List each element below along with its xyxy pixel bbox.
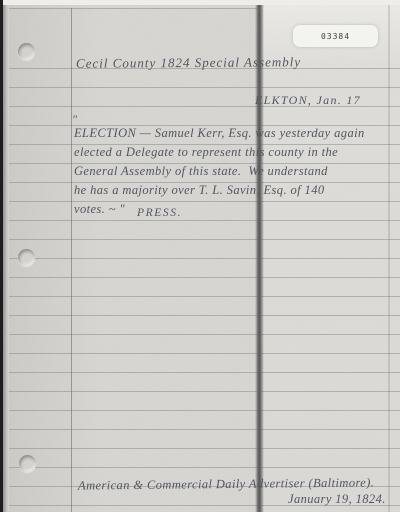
opening-quote-mark: "	[72, 112, 77, 127]
punch-hole-middle	[18, 249, 35, 266]
body-line: General Assembly of this state. We under…	[74, 164, 374, 179]
scanned-notebook-page: 03384 Cecil County 1824 Special Assembly…	[0, 0, 400, 512]
scan-left-edge-gradient	[3, 0, 9, 512]
archive-number: 03384	[321, 32, 350, 41]
body-line: votes. ~ "	[74, 202, 374, 217]
vertical-margin-line	[71, 8, 72, 512]
body-line: he has a majority over T. L. Savin, Esq.…	[74, 183, 374, 198]
underlying-page-edge	[388, 0, 390, 512]
newspaper-citation: American & Commercial Daily Advertiser (…	[78, 475, 374, 493]
source-attribution: PRESS.	[137, 207, 182, 219]
scan-top-edge	[3, 0, 400, 5]
body-line: ELECTION — Samuel Kerr, Esq. was yesterd…	[74, 126, 374, 141]
right-paper-highlight	[263, 0, 400, 512]
page-title: Cecil County 1824 Special Assembly	[76, 54, 301, 72]
top-margin-rule	[8, 8, 257, 9]
page-fold-shadow	[255, 4, 264, 512]
dateline: ELKTON, Jan. 17	[255, 93, 361, 108]
paper-grain-texture	[0, 0, 400, 512]
punch-hole-top	[18, 43, 35, 60]
archive-label-sticker: 03384	[293, 25, 378, 47]
body-line: elected a Delegate to represent this cou…	[74, 145, 374, 160]
punch-hole-bottom	[19, 455, 36, 472]
citation-date: January 19, 1824.	[288, 492, 386, 507]
